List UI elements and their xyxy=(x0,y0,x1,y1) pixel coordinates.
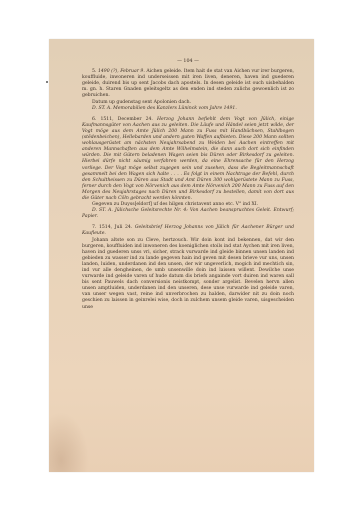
margin-mark xyxy=(46,81,48,83)
entry-summary: Herzog Johann befiehlt dem Vogt von Jüli… xyxy=(82,117,294,201)
entry-heading: 1490 (?), Februar 9. xyxy=(98,69,145,74)
entry-number: 7. xyxy=(92,225,96,230)
page-text: — 104 — 5. 1490 (?), Februar 9. Aichen g… xyxy=(82,59,294,311)
entry-6: 6. 1511, December 24. Herzog Johann befi… xyxy=(82,117,294,202)
page-number: — 104 — xyxy=(82,59,294,65)
entry-5: 5. 1490 (?), Februar 9. Aichen geleide. … xyxy=(82,69,294,99)
entry-body: Johann altste son zu Cleve, hertzouch. W… xyxy=(82,238,294,311)
entry-7: 7. 1514, Juli 24. Geleitsbrief Herzog Jo… xyxy=(82,225,294,237)
entry-number: 6. xyxy=(92,117,96,122)
entry-heading: 1514, Juli 24. xyxy=(99,225,132,230)
entry-source: D. ST. A. Jülichsche Geleitsrechte Nr. 4… xyxy=(82,208,294,220)
entry-heading: 1511, December 24. xyxy=(100,117,152,122)
scanned-page: — 104 — 5. 1490 (?), Februar 9. Aichen g… xyxy=(49,39,314,472)
entry-number: 5. xyxy=(92,69,96,74)
